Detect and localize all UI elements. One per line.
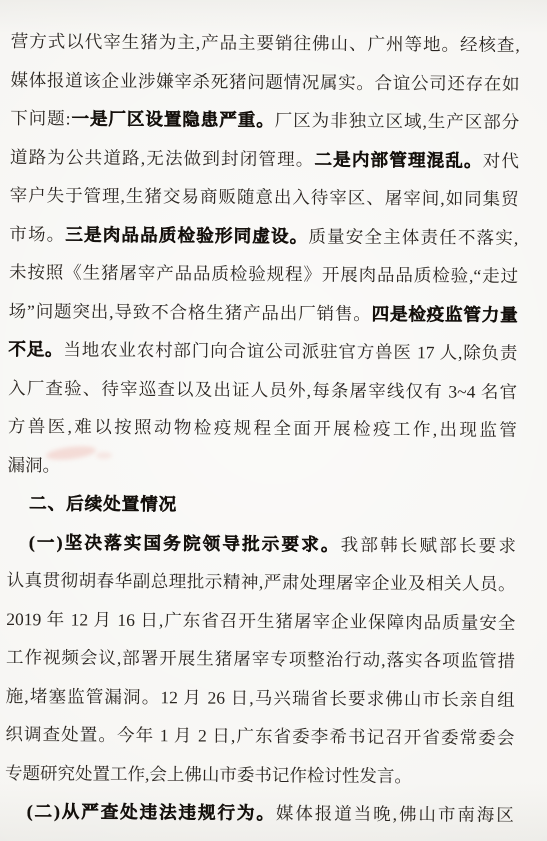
body-text: 宰户失于管理,生猪交易商贩随意出入待宰区、屠宰间,如同集贸 <box>10 185 519 209</box>
body-text: 下问题: <box>10 108 70 128</box>
body-text: 漏洞。 <box>7 454 60 474</box>
text-line: 场”问题突出,导致不合格生猪产品出厂销售。四是检疫监管力量 <box>9 291 518 333</box>
body-text: 2019 年 12 月 16 日,广东省召开生猪屠宰企业保障肉品质量安全 <box>6 608 515 632</box>
text-line: (一)坚决落实国务院领导批示要求。我部韩长赋部长要求 <box>7 522 516 564</box>
body-text: 对代 <box>483 150 519 170</box>
body-text: 工作视频会议,部署开展生猪屠宰专项整治行动,落实各项监管措 <box>6 647 515 671</box>
text-line: 营方式以代宰生猪为主,产品主要销往佛山、广州等地。经核查, <box>11 22 520 64</box>
document-page: 营方式以代宰生猪为主,产品主要销往佛山、广州等地。经核查,媒体报道该企业涉嫌宰杀… <box>0 0 547 841</box>
text-line: (二)从严查处违法违规行为。媒体报道当晚,佛山市南海区 <box>5 792 514 834</box>
text-line: 下问题:一是厂区设置隐患严重。厂区为非独立区域,生产区部分 <box>10 99 519 141</box>
body-text: 织调查处置。今年 1 月 2 日,广东省委李希书记召开省委常委会 <box>5 724 514 748</box>
bold-text: (一)坚决落实国务院领导批示要求。 <box>29 532 341 554</box>
body-text: 认真贯彻胡春华副总理批示精神,严肃处理屠宰企业及相关人员。 <box>7 570 516 594</box>
text-line: 道路为公共道路,无法做到封闭管理。二是内部管理混乱。对代 <box>10 137 519 179</box>
body-text: 营方式以代宰生猪为主,产品主要销往佛山、广州等地。经核查, <box>11 31 520 55</box>
text-line: 方兽医,难以按照动物检疫规程全面开展检疫工作,出现监管 <box>8 407 517 449</box>
body-text: 媒体报道当晚,佛山市南海区 <box>276 803 514 825</box>
section-heading: 二、后续处置情况 <box>7 484 516 526</box>
text-line: 市场。三是肉品品质检验形同虚设。质量安全主体责任不落实, <box>9 214 518 256</box>
text-line: 宰户失于管理,生猪交易商贩随意出入待宰区、屠宰间,如同集贸 <box>9 176 518 218</box>
text-line: 施,堵塞监管漏洞。12 月 26 日,马兴瑞省长要求佛山市长亲自组 <box>6 676 515 718</box>
bold-text: 三是肉品品质检验形同虚设。 <box>65 224 308 246</box>
body-text: 施,堵塞监管漏洞。12 月 26 日,马兴瑞省长要求佛山市长亲自组 <box>6 685 515 709</box>
text-line: 2019 年 12 月 16 日,广东省召开生猪屠宰企业保障肉品质量安全 <box>6 599 515 641</box>
text-line: 不足。当地农业农村部门向合谊公司派驻官方兽医 17 人,除负责 <box>8 330 517 372</box>
body-text: 场”问题突出,导致不合格生猪产品出厂销售。 <box>9 300 372 323</box>
text-line: 认真贯彻胡春华副总理批示精神,严肃处理屠宰企业及相关人员。 <box>6 561 515 603</box>
body-text: 入厂查验、待宰巡查以及出证人员外,每条屠宰线仅有 3~4 名官 <box>8 377 517 401</box>
body-text: 专题研究处置工作,会上佛山市委书记作检讨性发言。 <box>5 762 412 785</box>
bold-text: 二是内部管理混乱。 <box>314 149 482 170</box>
bold-text: 四是检疫监管力量 <box>372 303 518 324</box>
bold-text: (二)从严查处违法违规行为。 <box>27 801 276 823</box>
bold-text: 不足。 <box>8 339 63 359</box>
body-text: 厂区为非独立区域,生产区部分 <box>275 110 520 132</box>
text-line: 工作视频会议,部署开展生猪屠宰专项整治行动,落实各项监管措 <box>6 638 515 680</box>
body-text: 质量安全主体责任不落实, <box>308 226 518 248</box>
body-text: 未按照《生猪屠宰产品品质检验规程》开展肉品品质检验,“走过 <box>9 262 518 286</box>
text-line: 织调查处置。今年 1 月 2 日,广东省委李希书记召开省委常委会 <box>5 715 514 757</box>
text-line: 媒体报道该企业涉嫌宰杀死猪问题情况属实。合谊公司还存在如 <box>10 60 519 102</box>
text-line: 漏洞。 <box>7 445 516 487</box>
document-body: 营方式以代宰生猪为主,产品主要销往佛山、广州等地。经核查,媒体报道该企业涉嫌宰杀… <box>5 22 520 834</box>
text-line: 入厂查验、待宰巡查以及出证人员外,每条屠宰线仅有 3~4 名官 <box>8 368 517 410</box>
bold-text: 二、后续处置情况 <box>29 493 177 514</box>
bold-text: 一是厂区设置隐患严重。 <box>70 108 274 130</box>
body-text: 媒体报道该企业涉嫌宰杀死猪问题情况属实。合谊公司还存在如 <box>10 69 519 93</box>
body-text: 市场。 <box>9 223 65 243</box>
body-text: 方兽医,难以按照动物检疫规程全面开展检疫工作,出现监管 <box>8 416 517 440</box>
text-line: 专题研究处置工作,会上佛山市委书记作检讨性发言。 <box>5 753 514 795</box>
body-text: 当地农业农村部门向合谊公司派驻官方兽医 17 人,除负责 <box>63 339 517 363</box>
body-text: 道路为公共道路,无法做到封闭管理。 <box>10 146 315 168</box>
text-line: 未按照《生猪屠宰产品品质检验规程》开展肉品品质检验,“走过 <box>9 253 518 295</box>
body-text: 我部韩长赋部长要求 <box>341 534 516 555</box>
